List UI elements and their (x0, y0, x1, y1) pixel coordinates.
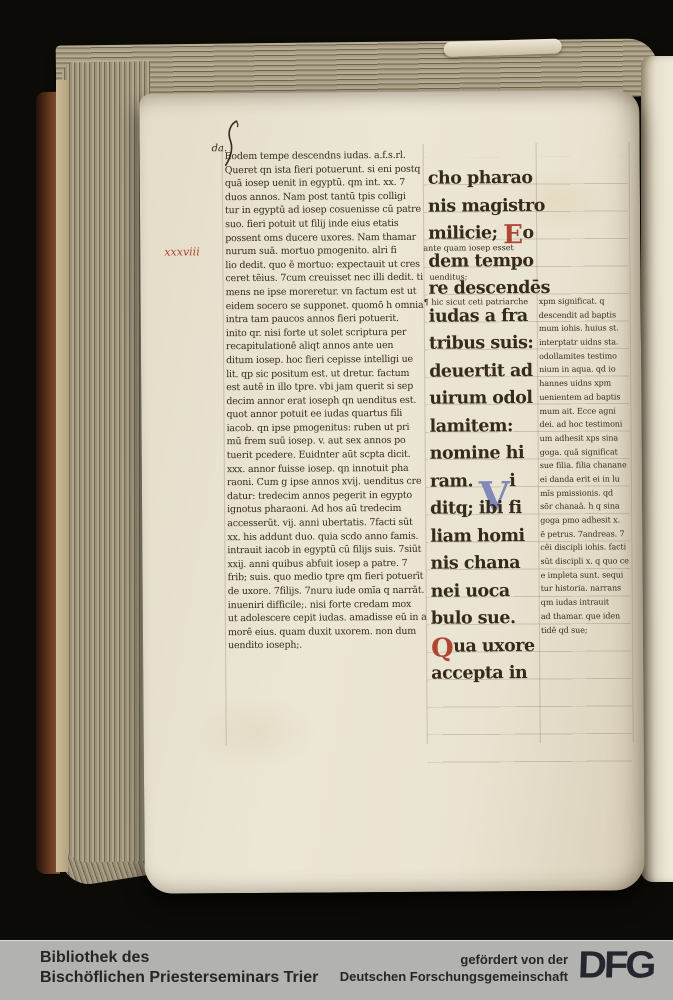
commentary-line: iacob. qn ipse pmogenitus: ruben ut pri (227, 421, 437, 436)
bible-line: nei uoca (431, 577, 541, 605)
commentary-line: possent oms ducere uxores. Nam thamar (225, 230, 435, 245)
funding-credit-line2: Deutschen Forschungsgemeinschaft (250, 968, 568, 985)
commentary-line: xxx. annor fuisse iosep. qn innotuit pha (227, 461, 437, 476)
gloss-line: ei danda erit ei in lu (540, 472, 632, 486)
interlinear-gloss: ¶ hic sicut ceti patriarche (424, 297, 528, 307)
gloss-line: nium in aqua. qd io (539, 363, 631, 377)
bible-line: deuertit ad (429, 357, 539, 385)
gloss-line: ē petrus. 7andreas. 7 (540, 527, 632, 541)
commentary-line: uendito ioseph;. (228, 638, 438, 653)
bible-line: nis magistro (428, 192, 538, 220)
commentary-line: est autē in illo tpre. vbi jam querit si… (226, 380, 436, 395)
commentary-line: xx. his addunt duo. quia scdo anno famis… (227, 529, 437, 544)
interlinear-gloss: uenditus; (429, 272, 467, 281)
gloss-line: goga pmo adhesit x. (540, 513, 632, 527)
bible-line: uirum odol (429, 385, 539, 413)
gloss-line: qm iudas intrauit (541, 595, 633, 609)
interlinear-gloss: ante quam iosep esset (423, 243, 513, 253)
gloss-line: goga. quā significat (540, 445, 632, 459)
commentary-line: ditum iosep. hoc fieri cepisse intelligi… (226, 353, 436, 368)
funding-credit: gefördert von der Deutschen Forschungsge… (250, 951, 568, 985)
gloss-line: tur historia. narrans (541, 582, 633, 596)
bible-line: bulo sue. (431, 605, 541, 633)
commentary-line: lit. qp sic positum est. ut dretur. fact… (226, 366, 436, 381)
gloss-line: hannes uidns xpm (539, 376, 631, 390)
gloss-line: sōr chanaā. h q sina (540, 500, 632, 514)
commentary-line: inueniri difficile;. nisi forte credam m… (228, 597, 438, 612)
commentary-line: ignotus pharaoni. Ad hos aū tredecim (227, 502, 437, 517)
gloss-line: uenientem ad baptis (539, 390, 631, 404)
bible-line: iudas a fra (429, 302, 539, 330)
bible-line: nomine hi (430, 440, 540, 468)
gloss-line: mīs pmissionis. qd (540, 486, 632, 500)
commentary-line: recapitulationē aliqt annos ante uen (226, 339, 436, 354)
commentary-line: tur in egyptū ad iosep cosuenisse cū pat… (225, 203, 435, 218)
commentary-line: mens ne ipse moreretur. vn factum est ut (226, 285, 436, 300)
commentary-line: duos annos. Nam post tantū tpis colligi (225, 189, 435, 204)
book-headband (444, 38, 562, 56)
commentary-line: raoni. Cum g ipse annos xvij. uenditus c… (227, 475, 437, 490)
gloss-line: mum ait. Ecce agni (539, 404, 631, 418)
manuscript-page: da. xxxviii Eodem tempe descendns iudas.… (139, 90, 645, 893)
gloss-line: odollamites testimo (539, 349, 631, 363)
commentary-line: eidem socero se supponet. quomō h omnia (226, 298, 436, 313)
gloss-line: descendit ad baptis (539, 308, 631, 322)
commentary-line: datur: tredecim annos pegerit in egypto (227, 489, 437, 504)
gloss-line: um adhesit xps sina (540, 431, 632, 445)
facing-page-edge (641, 56, 673, 882)
commentary-line: accesserūt. vij. anni ubertatis. 7facti … (227, 516, 437, 531)
commentary-line: decim annor erat ioseph qn uenditus est. (226, 393, 436, 408)
commentary-line: intra tam paucos annos fieri potuerit. (226, 312, 436, 327)
bible-line: accepta in (431, 660, 541, 688)
footer-bar: Bibliothek des Bischöflichen Priestersem… (0, 940, 673, 1000)
gloss-line: sue filia. filia chanane (540, 459, 632, 473)
bible-line: cho pharao (428, 165, 538, 193)
bible-line: liam homi (430, 522, 540, 550)
gloss-line: sūt discipli x. q quo ce (540, 554, 632, 568)
bible-line: nis chana (430, 550, 540, 578)
commentary-line: lio dedit. quo ē mortuo: expectauit ut c… (225, 257, 435, 272)
commentary-line: mū frem suū iosep. v. aut sex annos po (227, 434, 437, 449)
commentary-line: Queret qn ista fieri potuerunt. si eni p… (225, 162, 435, 177)
commentary-line: quā iosep uenit in egyptū. qm int. xx. 7 (225, 176, 435, 191)
gloss-line: dei. ad hoc testimoni (539, 418, 631, 432)
dfg-logo: DFG (577, 944, 654, 987)
bible-line: ditq; ibi fi (430, 495, 540, 523)
commentary-line: intrauit iacob in egyptū cū filijs suis.… (227, 543, 437, 558)
commentary-column: Eodem tempe descendns iudas. a.f.s.rl.Qu… (225, 149, 439, 653)
bible-line: tribus suis: (429, 330, 539, 358)
margin-gloss-column: xpm significat. qdescendit ad baptismum … (539, 294, 633, 637)
gloss-line: xpm significat. q (539, 294, 631, 308)
gloss-line: mum iohis. huius st. (539, 322, 631, 336)
bible-line: Qua uxore (431, 632, 541, 660)
commentary-line: tuerit pcedere. Euidnter aūt scpta dicit… (227, 448, 437, 463)
commentary-line: quot annor potuit ee iudas quartus fili (226, 407, 436, 422)
bible-line: ram. Vi (430, 467, 540, 495)
gloss-line: e impleta sunt. sequi (541, 568, 633, 582)
book-cover-lining (56, 80, 68, 872)
commentary-line: inito qr. nisi forte ut solet scriptura … (226, 325, 436, 340)
commentary-line: ut adolescere cepit iudas. amadisse eū i… (228, 611, 438, 626)
book-fore-edge (62, 61, 150, 863)
funding-credit-line1: gefördert von der (250, 951, 568, 968)
chapter-number: xxxviii (164, 245, 199, 258)
bible-line: lamitem: (429, 412, 539, 440)
commentary-line: morē eius. quam duxit uxorem. non dum (228, 624, 438, 639)
gloss-line: ad thamar. que iden (541, 609, 633, 623)
commentary-line: suo. fieri potuit ut filij inde eius eta… (225, 217, 435, 232)
gloss-line: cēi discipli iohis. facti (540, 541, 632, 555)
gloss-line: interptatr uidns sta. (539, 335, 631, 349)
commentary-line: de uxore. 7filijs. 7nuru iude omīa q nar… (228, 584, 438, 599)
commentary-line: ceret tēius. 7cum creuisset nec illi ded… (225, 271, 435, 286)
commentary-line: nurum suā. mortuo pmogenito. alri fi (225, 244, 435, 259)
commentary-line: Eodem tempe descendns iudas. a.f.s.rl. (225, 149, 435, 164)
commentary-line: xxij. anni quibus abfuit iosep a patre. … (227, 556, 437, 571)
commentary-line: frib; suis. quo medio tpre qm fieri potu… (228, 570, 438, 585)
gloss-line: tidē qd sue; (541, 623, 633, 637)
